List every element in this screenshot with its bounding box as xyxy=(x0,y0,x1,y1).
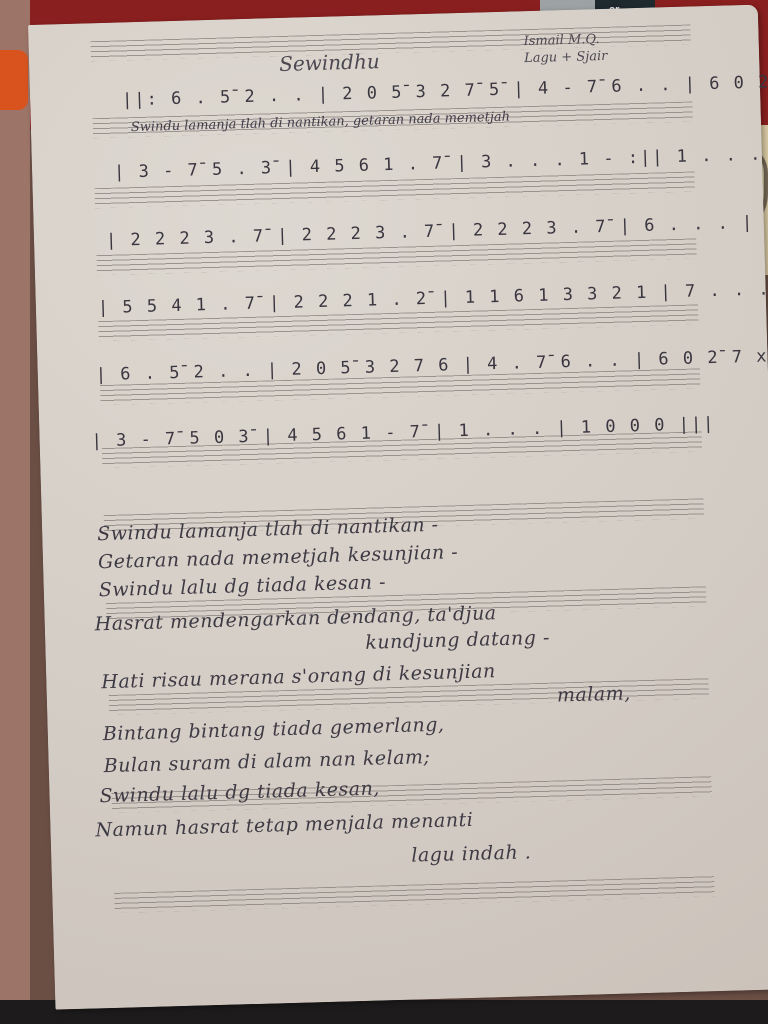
lyric-line-9-cont: lagu indah . xyxy=(411,841,532,866)
song-sheet-page: Sewindhu Ismail M.Q. Lagu + Sjair ||: 6 … xyxy=(28,5,768,1010)
lyric-line-5-cont: malam, xyxy=(557,682,631,706)
lyric-line-9: Namun hasrat tetap menjala menanti xyxy=(95,809,473,842)
lyric-line-6: Bintang bintang tiada gemerlang, xyxy=(103,714,445,746)
background-orange-object xyxy=(0,50,28,110)
author-role: Lagu + Sjair xyxy=(524,48,608,67)
author-credit: Ismail M.Q. Lagu + Sjair xyxy=(523,31,607,67)
background-left-hand xyxy=(0,0,30,1024)
lyric-line-2: Getaran nada memetjah kesunjian - xyxy=(98,541,459,573)
lyric-line-7: Bulan suram di alam nan kelam; xyxy=(103,746,430,777)
song-title: Sewindhu xyxy=(279,49,380,76)
lyric-line-4-cont: kundjung datang - xyxy=(365,627,550,654)
staff-lines xyxy=(114,876,714,913)
